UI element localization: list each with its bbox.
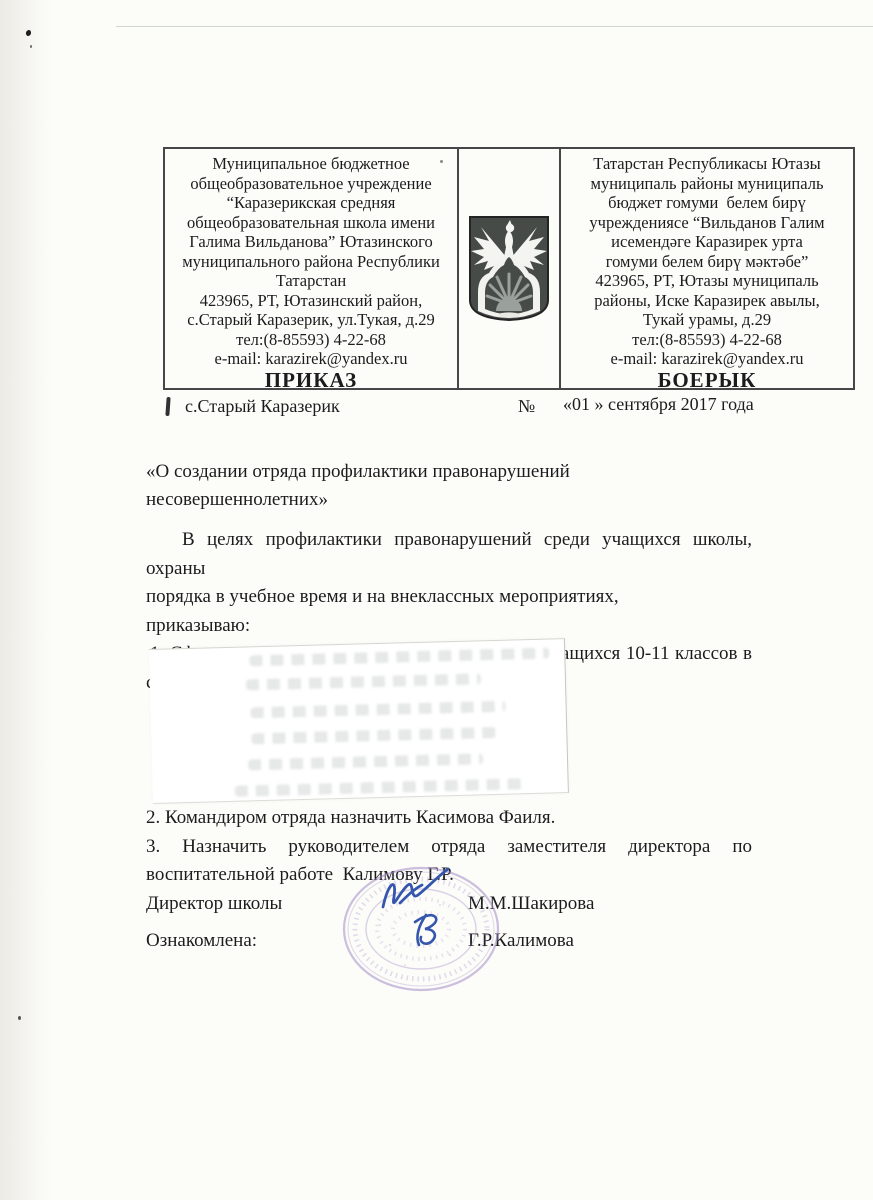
school-address-ru-line: 423965, РТ, Ютазинский район, (171, 291, 451, 311)
order-title-tat: БОЕРЫК (567, 371, 847, 391)
order-date: «01 » сентября 2017 года (563, 394, 754, 415)
school-phone-ru: тел:(8-85593) 4-22-68 (171, 330, 451, 350)
scan-speck (18, 1016, 21, 1020)
school-address-tat-line: 423965, РТ, Ютазы муниципаль (567, 271, 847, 291)
letterhead-russian: Муниципальное бюджетное общеобразователь… (165, 149, 459, 388)
school-email-tat: e-mail: karazirek@yandex.ru (567, 349, 847, 369)
school-name-ru-line: общеобразовательная школа имени (171, 213, 451, 233)
scan-edge-shading (0, 0, 52, 1200)
school-address-ru-line: с.Старый Каразерик, ул.Тукая, д.29 (171, 310, 451, 330)
school-name-ru-line: Муниципальное бюджетное (171, 154, 451, 174)
school-phone-tat: тел:(8-85593) 4-22-68 (567, 330, 847, 350)
director-label: Директор школы (146, 893, 282, 914)
school-name-tat-line: гомуми белем бирү мәктәбе” (567, 252, 847, 272)
school-name-tat-line: учреждениясе “Вильданов Галим (567, 213, 847, 233)
order-item-2: 2. Командиром отряда назначить Касимова … (146, 804, 752, 833)
order-title-ru: ПРИКАЗ (171, 371, 451, 391)
acknowledged-autograph-icon (415, 915, 436, 945)
redacted-text-line (251, 701, 506, 719)
body-line: приказываю: (146, 612, 752, 641)
subject-line: «О создании отряда профилактики правонар… (146, 458, 686, 486)
school-name-tat-line: муниципаль районы муниципаль (567, 174, 847, 194)
redacted-text-line (248, 753, 483, 770)
stamp-and-signatures (330, 845, 530, 1015)
school-name-ru-line: муниципального района Республики (171, 252, 451, 272)
order-subject: «О создании отряда профилактики правонар… (146, 458, 686, 514)
scan-speck (30, 45, 32, 48)
school-name-ru-line: Галима Вильданова” Ютазинского (171, 232, 451, 252)
redacted-text-line (235, 778, 525, 797)
coat-of-arms-icon (467, 214, 551, 324)
school-name-ru-line: “Каразерикская средняя (171, 193, 451, 213)
subject-line: несовершеннолетних» (146, 486, 686, 514)
body-line: порядка в учебное время и на внеклассных… (146, 583, 752, 612)
acknowledged-label: Ознакомлена: (146, 930, 257, 951)
school-name-ru-line: Татарстан (171, 271, 451, 291)
scanned-order-document: Муниципальное бюджетное общеобразователь… (0, 0, 873, 1200)
redacted-text-line (246, 673, 481, 690)
school-name-tat-line: бюджет гомуми белем бирү (567, 193, 847, 213)
school-email-ru: e-mail: karazirek@yandex.ru (171, 349, 451, 369)
order-number-sign: № (518, 396, 535, 417)
body-line: В целях профилактики правонарушений сред… (146, 526, 752, 583)
school-address-tat-line: Тукай урамы, д.29 (567, 310, 847, 330)
letterhead-table: Муниципальное бюджетное общеобразователь… (163, 147, 855, 390)
correction-patch-overlay (149, 638, 569, 804)
school-name-tat-line: Татарстан Республикасы Ютазы (567, 154, 847, 174)
scan-artifact-line (116, 26, 873, 27)
round-stamp-icon (330, 845, 530, 1015)
letterhead-tatar: Татарстан Республикасы Ютазы муниципаль … (561, 149, 853, 388)
redacted-text-line (249, 648, 549, 667)
school-address-tat-line: районы, Иске Каразирек авылы, (567, 291, 847, 311)
school-name-tat-line: исемендәге Каразирек урта (567, 232, 847, 252)
school-name-ru-line: общеобразовательное учреждение (171, 174, 451, 194)
redacted-text-line (251, 727, 496, 744)
letterhead-emblem-cell (459, 149, 561, 388)
ink-mark (165, 397, 170, 416)
order-place: с.Старый Каразерик (185, 396, 340, 417)
